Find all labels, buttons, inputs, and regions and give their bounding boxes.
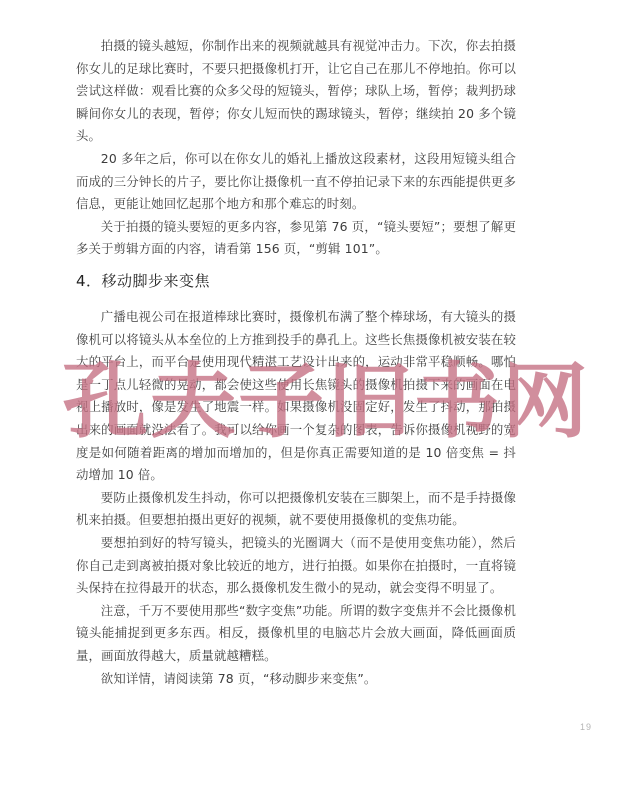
page-number: 19 xyxy=(580,722,592,732)
paragraph-cross-reference-zoom: 欲知详情，请阅读第 78 页，“移动脚步来变焦”。 xyxy=(76,668,516,691)
body-text-section-before-heading: 拍摄的镜头越短，你制作出来的视频就越具有视觉冲击力。下次，你去拍摄你女儿的足球比… xyxy=(76,35,516,261)
paragraph-broadcast-cameras: 广播电视公司在报道棒球比赛时，摄像机布满了整个棒球场，有大镜头的摄像机可以将镜头… xyxy=(76,306,516,487)
paragraph-cross-reference-editing: 关于拍摄的镜头要短的更多内容，参见第 76 页，“镜头要短”；要想了解更多关于剪… xyxy=(76,216,516,261)
paragraph-tripod: 要防止摄像机发生抖动，你可以把摄像机安装在三脚架上，而不是手持摄像机来拍摄。但要… xyxy=(76,487,516,532)
body-text-section-after-heading: 广播电视公司在报道棒球比赛时，摄像机布满了整个棒球场，有大镜头的摄像机可以将镜头… xyxy=(76,306,516,690)
paragraph-wedding-footage: 20 多年之后，你可以在你女儿的婚礼上播放这段素材，这段用短镜头组合而成的三分钟… xyxy=(76,148,516,216)
paragraph-digital-zoom-warning: 注意，千万不要使用那些“数字变焦”功能。所谓的数字变焦并不会比摄像机镜头能捕捉到… xyxy=(76,600,516,668)
paragraph-close-up: 要想拍到好的特写镜头，把镜头的光圈调大（而不是使用变焦功能），然后你自己走到离被… xyxy=(76,532,516,600)
document-page: 拍摄的镜头越短，你制作出来的视频就越具有视觉冲击力。下次，你去拍摄你女儿的足球比… xyxy=(0,0,637,800)
section-heading: 4．移动脚步来变焦 xyxy=(76,270,210,291)
paragraph-short-shots: 拍摄的镜头越短，你制作出来的视频就越具有视觉冲击力。下次，你去拍摄你女儿的足球比… xyxy=(76,35,516,148)
